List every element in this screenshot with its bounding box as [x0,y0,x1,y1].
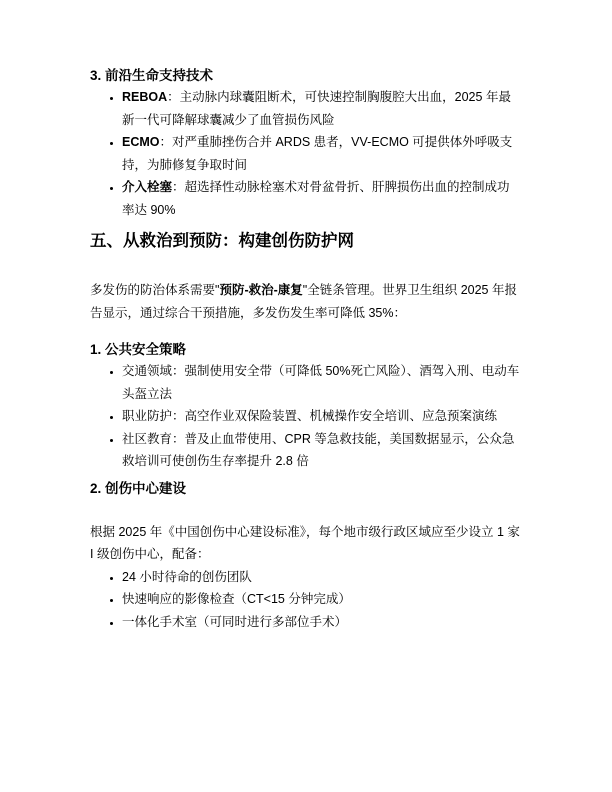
heading-prevention-section: 五、从救治到预防：构建创伤防护网 [90,229,522,253]
trauma-center-list: 24 小时待命的创伤团队 快速响应的影像检查（CT<15 分钟完成） 一体化手术… [90,566,522,634]
list-item-community: 社区教育：普及止血带使用、CPR 等急救技能，美国数据显示，公众急救培训可使创伤… [122,428,522,473]
document-page: 3. 前沿生命支持技术 REBOA：主动脉内球囊阻断术，可快速控制胸腹腔大出血，… [0,0,612,792]
heading-trauma-center: 2. 创伤中心建设 [90,479,522,499]
list-item-operating-room: 一体化手术室（可同时进行多部位手术） [122,611,522,634]
list-item-traffic: 交通领域：强制使用安全带（可降低 50%死亡风险）、酒驾入刑、电动车头盔立法 [122,360,522,405]
list-item-ecmo-term: ECMO [122,135,160,149]
list-item-imaging: 快速响应的影像检查（CT<15 分钟完成） [122,588,522,611]
list-item-reboa-term: REBOA [122,90,167,104]
paragraph-trauma-center-standard: 根据 2025 年《中国创伤中心建设标准》，每个地市级行政区域应至少设立 1 家… [90,521,522,566]
list-item-embolization-term: 介入栓塞 [122,180,172,194]
public-safety-list: 交通领域：强制使用安全带（可降低 50%死亡风险）、酒驾入刑、电动车头盔立法 职… [90,360,522,473]
list-item-reboa-text: ：主动脉内球囊阻断术，可快速控制胸腹腔大出血，2025 年最新一代可降解球囊减少… [122,90,511,127]
list-item-embolization: 介入栓塞：超选择性动脉栓塞术对骨盆骨折、肝脾损伤出血的控制成功率达 90% [122,176,522,221]
list-item-ecmo: ECMO：对严重肺挫伤合并 ARDS 患者，VV-ECMO 可提供体外呼吸支持，… [122,131,522,176]
list-item-ecmo-text: ：对严重肺挫伤合并 ARDS 患者，VV-ECMO 可提供体外呼吸支持，为肺修复… [122,135,512,172]
list-item-occupational: 职业防护：高空作业双保险装置、机械操作安全培训、应急预案演练 [122,405,522,428]
paragraph-prevention-chain-bold: 预防-救治-康复 [219,283,302,297]
paragraph-prevention-chain: 多发伤的防治体系需要"预防-救治-康复"全链条管理。世界卫生组织 2025 年报… [90,279,522,324]
heading-frontier-life-support: 3. 前沿生命支持技术 [90,66,522,86]
heading-public-safety: 1. 公共安全策略 [90,340,522,360]
paragraph-prevention-chain-pre: 多发伤的防治体系需要" [90,283,219,297]
list-item-team: 24 小时待命的创伤团队 [122,566,522,589]
list-item-reboa: REBOA：主动脉内球囊阻断术，可快速控制胸腹腔大出血，2025 年最新一代可降… [122,86,522,131]
list-item-embolization-text: ：超选择性动脉栓塞术对骨盆骨折、肝脾损伤出血的控制成功率达 90% [122,180,510,217]
frontier-techniques-list: REBOA：主动脉内球囊阻断术，可快速控制胸腹腔大出血，2025 年最新一代可降… [90,86,522,221]
